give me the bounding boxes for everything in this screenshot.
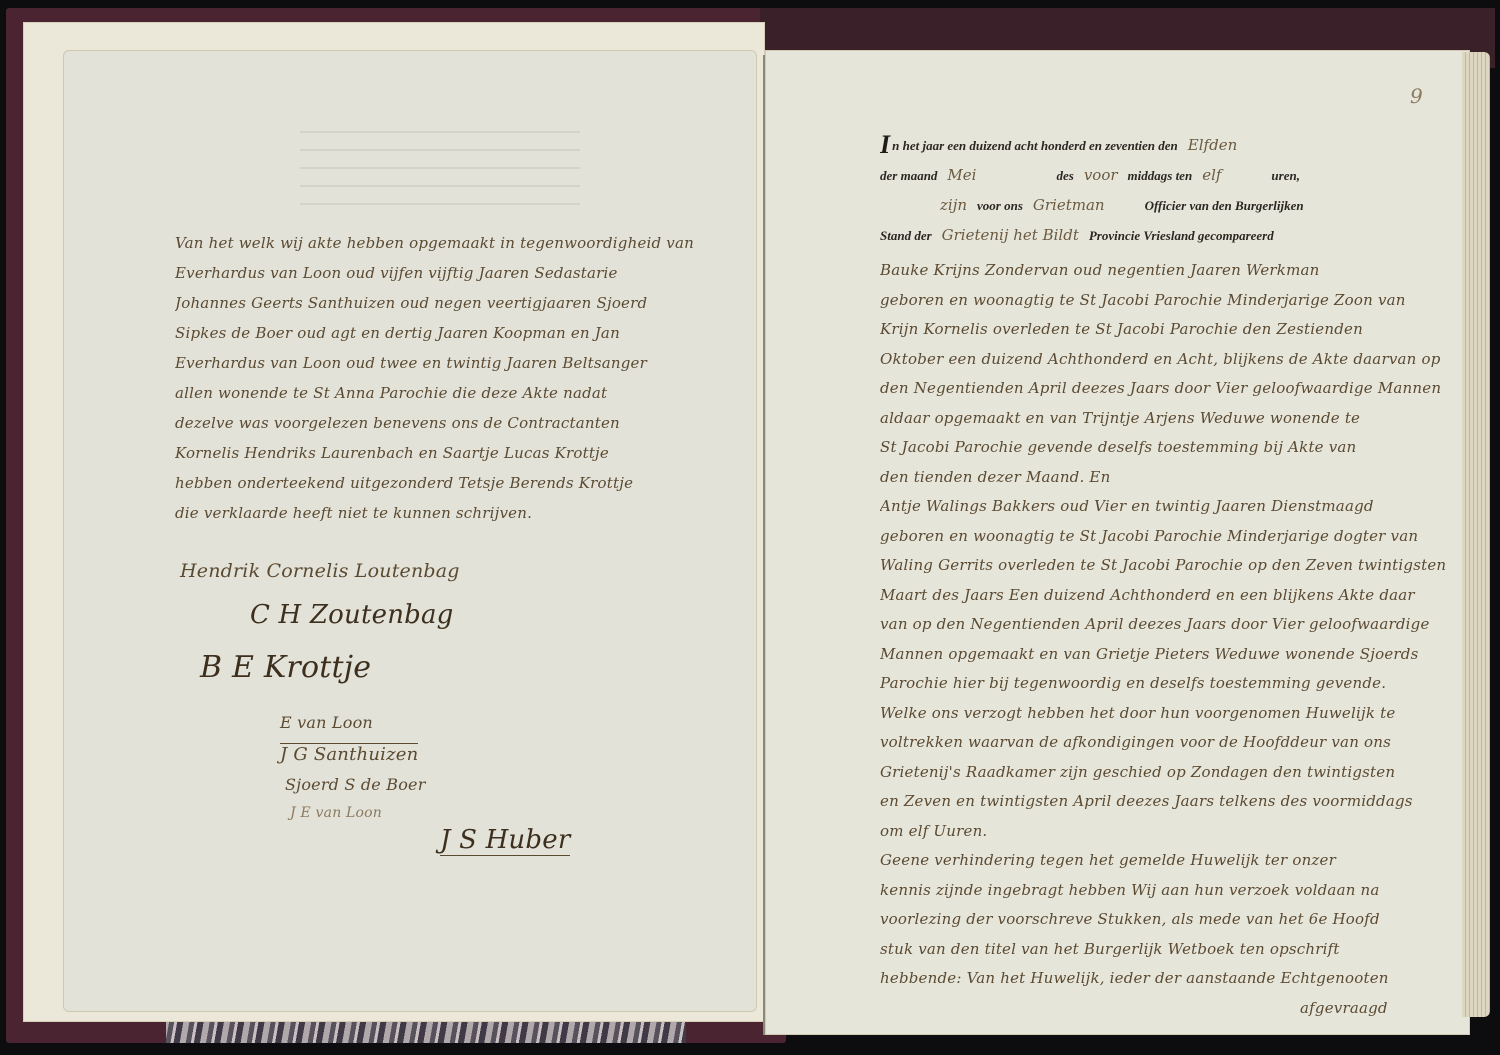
text-line: allen wonende te St Anna Parochie die de… xyxy=(175,378,765,408)
book-gutter xyxy=(763,55,765,1035)
filled-ampm: voor xyxy=(1074,166,1128,184)
printed-text: Officier van den Burgerlijken xyxy=(1145,198,1304,213)
right-page-body: In het jaar een duizend acht honderd en … xyxy=(880,130,1455,1023)
text-line: Everhardus van Loon oud twee en twintig … xyxy=(175,348,765,378)
text-line: den Negentienden April deezes Jaars door… xyxy=(880,374,1455,404)
text-line: Maart des Jaars Een duizend Achthonderd … xyxy=(880,581,1455,611)
text-line: Welke ons verzogt hebben het door hun vo… xyxy=(880,699,1455,729)
text-line: Oktober een duizend Achthonderd en Acht,… xyxy=(880,345,1455,375)
text-line: Waling Gerrits overleden te St Jacobi Pa… xyxy=(880,551,1455,581)
printed-text: uren, xyxy=(1271,168,1300,183)
form-line-2: der maandMeidesvoormiddags tenelfuren, xyxy=(880,160,1455,190)
page-edges xyxy=(1462,52,1490,1017)
form-line-4: Stand derGrietenij het BildtProvincie Vr… xyxy=(880,220,1455,250)
filled-month: Mei xyxy=(937,166,1056,184)
signature: J G Santhuizen xyxy=(280,743,418,765)
filled-official: Grietman xyxy=(1023,196,1145,214)
text-line: Grietenij's Raadkamer zijn geschied op Z… xyxy=(880,758,1455,788)
show-through-text xyxy=(300,115,580,205)
decorative-initial: I xyxy=(880,130,890,159)
left-page-body: Van het welk wij akte hebben opgemaakt i… xyxy=(175,228,765,528)
printed-text: des xyxy=(1056,168,1073,183)
text-line: Johannes Geerts Santhuizen oud negen vee… xyxy=(175,288,765,318)
printed-text: Stand der xyxy=(880,228,932,243)
printed-text: middags ten xyxy=(1128,168,1193,183)
text-line: Bauke Krijns Zondervan oud negentien Jaa… xyxy=(880,256,1455,286)
signature: E van Loon xyxy=(280,713,373,732)
text-line: St Jacobi Parochie gevende deselfs toest… xyxy=(880,433,1455,463)
text-line: voorlezing der voorschreve Stukken, als … xyxy=(880,905,1455,935)
printed-text: voor ons xyxy=(977,198,1023,213)
filled-zijn: zijn xyxy=(930,196,977,214)
text-line: Kornelis Hendriks Laurenbach en Saartje … xyxy=(175,438,765,468)
signature: Sjoerd S de Boer xyxy=(285,775,426,794)
text-line: stuk van den titel van het Burgerlijk We… xyxy=(880,935,1455,965)
text-line: Krijn Kornelis overleden te St Jacobi Pa… xyxy=(880,315,1455,345)
text-line: Everhardus van Loon oud vijfen vijftig J… xyxy=(175,258,765,288)
text-line: om elf Uuren. xyxy=(880,817,1455,847)
filled-municipality: Grietenij het Bildt xyxy=(932,226,1089,244)
text-line: voltrekken waarvan de afkondigingen voor… xyxy=(880,728,1455,758)
signature: C H Zoutenbag xyxy=(250,600,454,630)
filled-hour: elf xyxy=(1192,166,1271,184)
text-line: en Zeven en twintigsten April deezes Jaa… xyxy=(880,787,1455,817)
filled-day: Elfden xyxy=(1178,136,1247,154)
signature: J S Huber xyxy=(440,825,570,856)
text-line: geboren en woonagtig te St Jacobi Paroch… xyxy=(880,286,1455,316)
text-line: Geene verhindering tegen het gemelde Huw… xyxy=(880,846,1455,876)
text-line: Mannen opgemaakt en van Grietje Pieters … xyxy=(880,640,1455,670)
text-line: afgevraagd xyxy=(880,994,1455,1024)
text-line: den tienden dezer Maand. En xyxy=(880,463,1455,493)
text-line: geboren en woonagtig te St Jacobi Paroch… xyxy=(880,522,1455,552)
text-line: aldaar opgemaakt en van Trijntje Arjens … xyxy=(880,404,1455,434)
text-line: hebben onderteekend uitgezonderd Tetsje … xyxy=(175,468,765,498)
form-line-3: zijnvoor onsGrietmanOfficier van den Bur… xyxy=(880,190,1455,220)
text-line: Parochie hier bij tegenwoordig en deself… xyxy=(880,669,1455,699)
text-line: die verklaarde heeft niet te kunnen schr… xyxy=(175,498,765,528)
page-number: 9 xyxy=(1410,84,1423,108)
text-line: dezelve was voorgelezen benevens ons de … xyxy=(175,408,765,438)
signature: J E van Loon xyxy=(290,805,382,821)
printed-text: n het jaar een duizend acht honderd en z… xyxy=(892,138,1178,153)
form-line-1: In het jaar een duizend acht honderd en … xyxy=(880,130,1455,160)
text-line: hebbende: Van het Huwelijk, ieder der aa… xyxy=(880,964,1455,994)
text-line: Sipkes de Boer oud agt en dertig Jaaren … xyxy=(175,318,765,348)
printed-text: der maand xyxy=(880,168,937,183)
signature: B E Krottje xyxy=(200,650,371,685)
text-line: Antje Walings Bakkers oud Vier en twinti… xyxy=(880,492,1455,522)
printed-text: Provincie Vriesland gecompareerd xyxy=(1089,228,1274,243)
text-line: van op den Negentienden April deezes Jaa… xyxy=(880,610,1455,640)
handwritten-body: Bauke Krijns Zondervan oud negentien Jaa… xyxy=(880,256,1455,1023)
text-line: kennis zijnde ingebragt hebben Wij aan h… xyxy=(880,876,1455,906)
text-line: Van het welk wij akte hebben opgemaakt i… xyxy=(175,228,765,258)
signature: Hendrik Cornelis Loutenbag xyxy=(180,560,460,582)
